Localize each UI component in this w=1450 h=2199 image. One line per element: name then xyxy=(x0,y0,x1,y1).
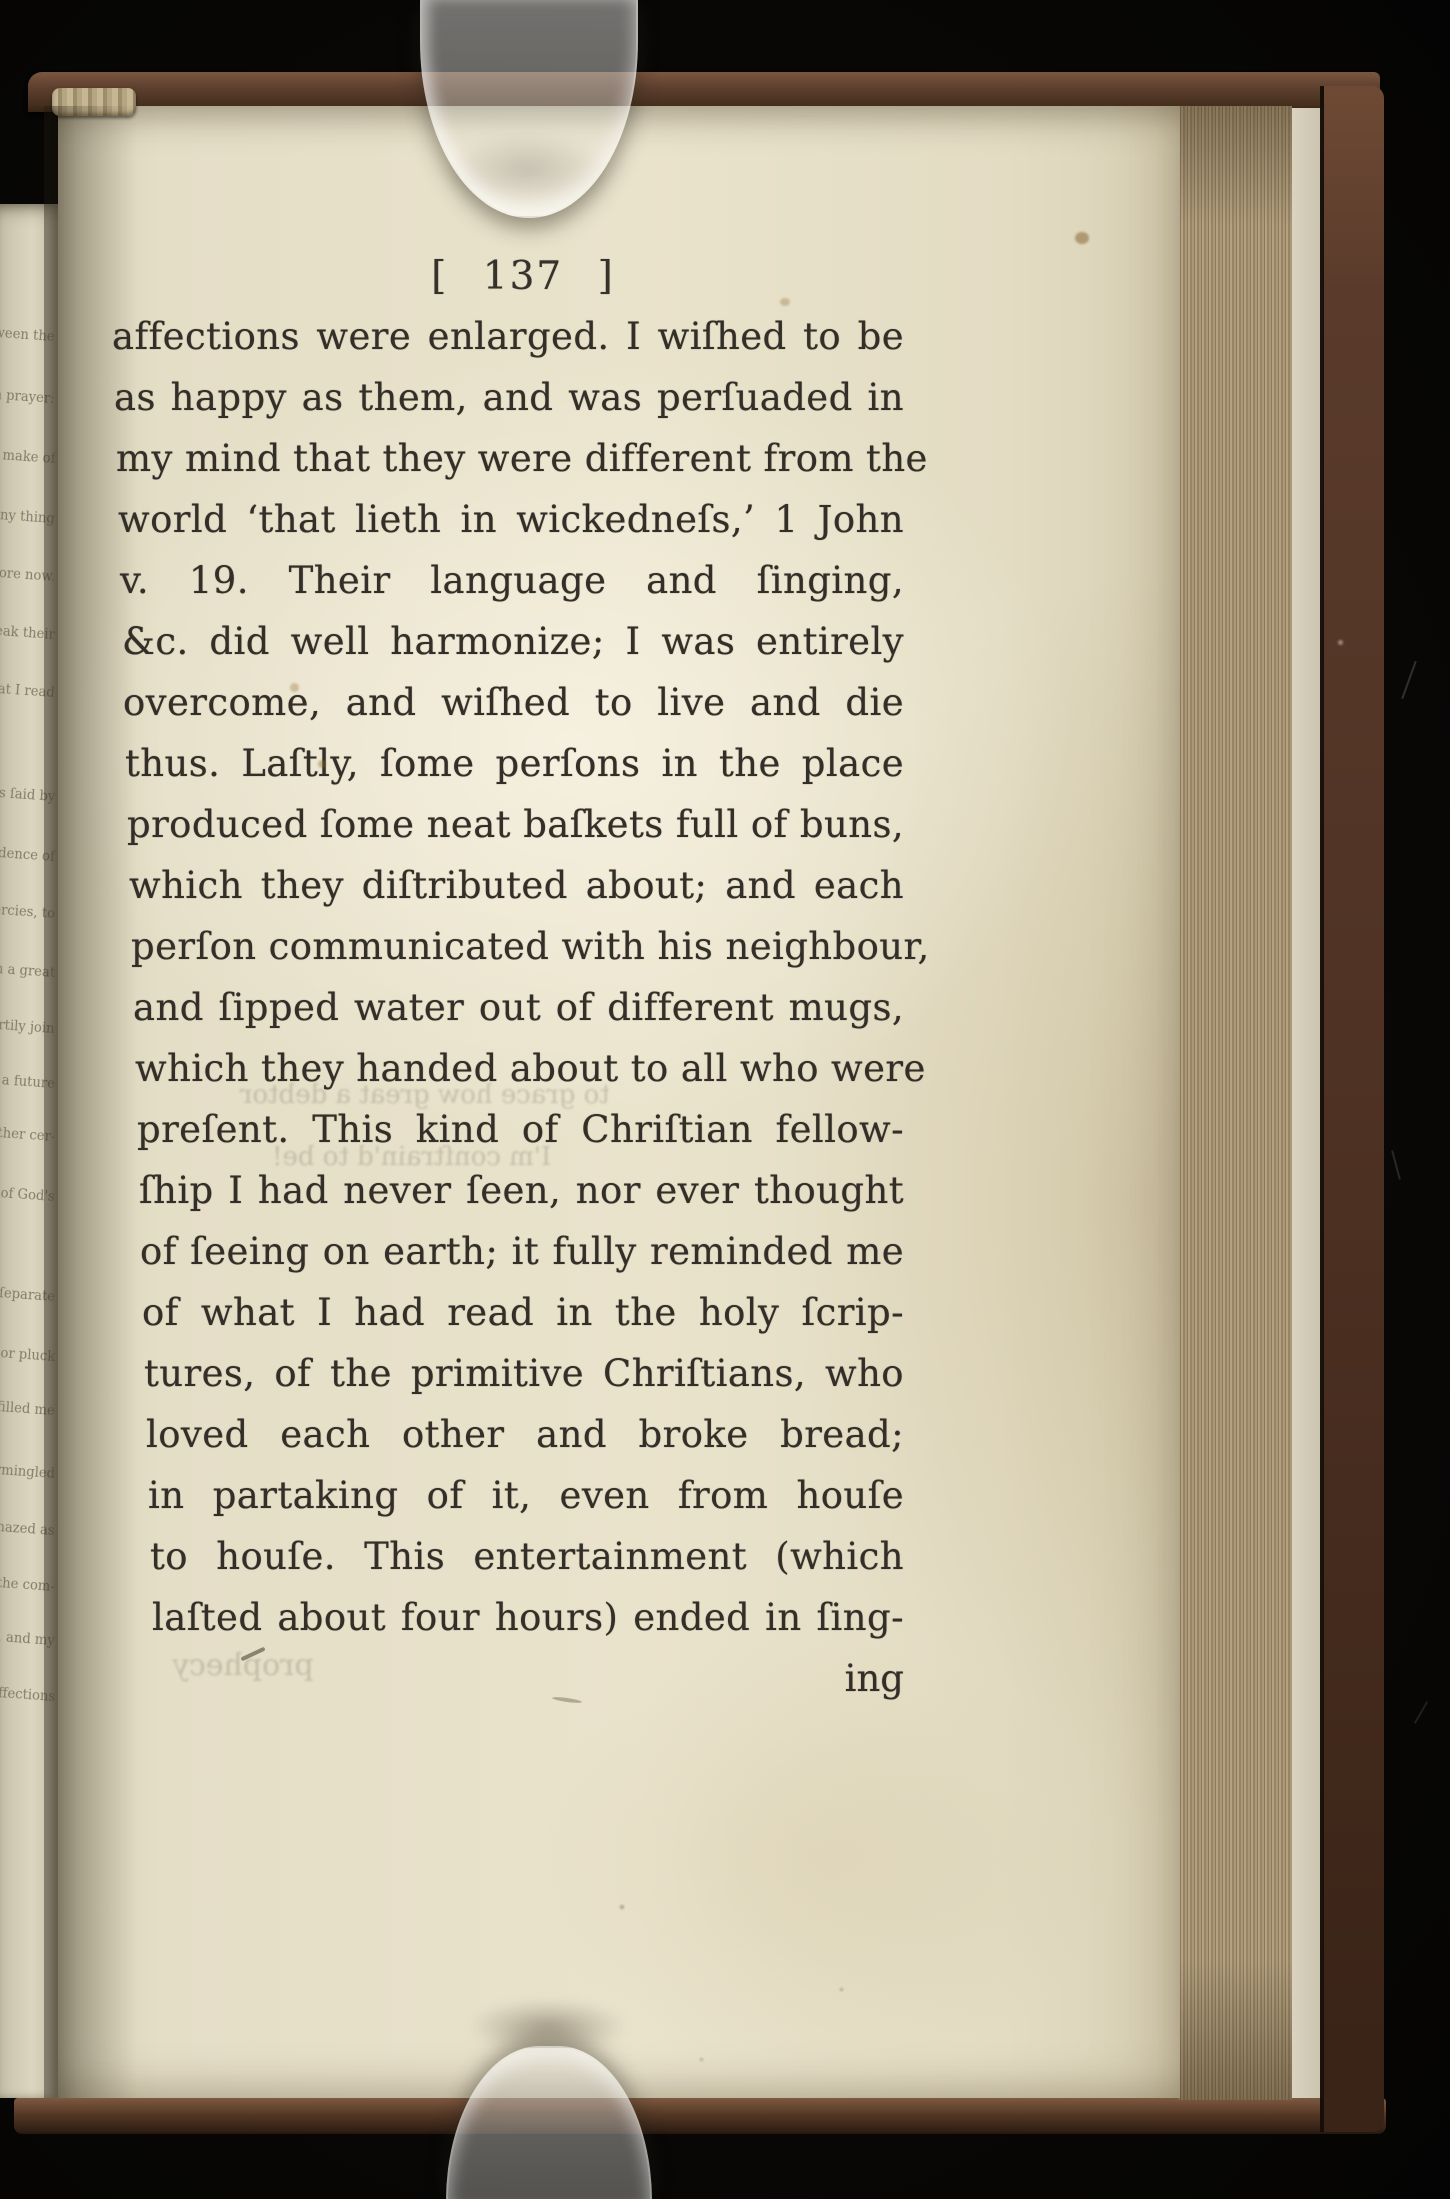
paper-stain xyxy=(318,760,326,768)
photo-canvas: tween the in prayer: make of any thing f… xyxy=(0,0,1450,2199)
text-fragment: mercies, to xyxy=(0,901,56,922)
text-fragment: ntermingled xyxy=(0,1460,56,1482)
text-line: as happy as them, and was perſuaded in xyxy=(112,367,904,428)
body-text: affections were enlarged. I wiſhed to be… xyxy=(112,306,904,1648)
paper-stain xyxy=(1075,232,1089,244)
book-cover-bottom-edge xyxy=(14,2098,1386,2134)
text-fragment: his filled me xyxy=(0,1397,56,1419)
text-line: laſted about four hours) ended in ſing- xyxy=(112,1587,904,1648)
text-fragment: was ſaid by xyxy=(0,784,56,805)
paper-speck xyxy=(620,1905,624,1909)
leather-speck xyxy=(1338,640,1343,645)
text-line: which they handed about to all who were xyxy=(112,1038,904,1099)
text-line: of what I had read in the holy ſcrip- xyxy=(112,1282,904,1343)
dust-fiber xyxy=(1401,661,1417,699)
text-fragment: ted, and my xyxy=(0,1628,56,1649)
dust-fiber xyxy=(1391,1150,1401,1179)
text-fragment: vidence of xyxy=(0,844,56,865)
text-line: thus. Laſtly, ſome perſons in the place xyxy=(112,733,904,794)
text-fragment: tween the xyxy=(0,324,56,345)
text-line: v. 19. Their language and ſinging, xyxy=(112,550,904,611)
text-line: which they diſtributed about; and each xyxy=(112,855,904,916)
text-line: loved each other and broke bread; xyxy=(112,1404,904,1465)
text-line: perſon communicated with his neighbour, xyxy=(112,916,904,977)
headband xyxy=(52,88,136,116)
text-line: to houſe. This entertainment (which xyxy=(112,1526,904,1587)
paper-speck xyxy=(840,1988,843,1991)
text-line: world ‘that lieth in wickedneſs,’ 1 John xyxy=(112,489,904,550)
paper-stain xyxy=(290,683,299,692)
text-line: produced ſome neat baſkets full of buns, xyxy=(112,794,904,855)
text-fragment: amazed as xyxy=(0,1518,56,1539)
text-fragment: affections xyxy=(0,1684,56,1704)
text-line: in partaking of it, even from houſe xyxy=(112,1465,904,1526)
text-fragment: make of xyxy=(2,447,56,467)
text-line: overcome, and wiſhed to live and die xyxy=(112,672,904,733)
page-number: [ 137 ] xyxy=(127,254,919,306)
text-fragment: ogether cer- xyxy=(0,1123,56,1145)
dust-fiber xyxy=(1414,1701,1428,1724)
text-fragment: fore now. xyxy=(0,565,56,585)
book-cover-right-board xyxy=(1320,86,1384,2132)
text-fragment: w in a great xyxy=(0,959,56,981)
text-line: and ſipped water out of different mugs, xyxy=(112,977,904,1038)
text-fragment: riſt, or pluck xyxy=(0,1343,56,1365)
text-fragment: ke of a future xyxy=(0,1070,56,1092)
text-fragment: in prayer: xyxy=(0,386,56,407)
text-fragment: hat I read xyxy=(0,680,56,701)
text-line: tures, of the primitive Chriſtians, who xyxy=(112,1343,904,1404)
paper-stain xyxy=(780,298,790,306)
flyleaf-edge xyxy=(1292,108,1323,2098)
text-fragment: ver ſeparate xyxy=(0,1283,56,1305)
catchword: ing xyxy=(112,1648,904,1709)
text-fragment: any thing xyxy=(0,507,56,527)
text-line: of ſeeing on earth; it fully reminded me xyxy=(112,1221,904,1282)
text-line: my mind that they were different from th… xyxy=(112,428,904,489)
text-line: preſent. This kind of Chriſtian fellow- xyxy=(112,1099,904,1160)
text-fragment: of the com- xyxy=(0,1574,56,1595)
paper-speck xyxy=(700,2058,703,2061)
text-fragment: heartily join xyxy=(0,1015,56,1037)
text-line: ſhip I had never ſeen, nor ever thought xyxy=(112,1160,904,1221)
text-fragment: tion of God's xyxy=(0,1183,56,1205)
page-fore-edge xyxy=(1178,106,1292,2100)
text-line: affections were enlarged. I wiſhed to be xyxy=(112,306,904,367)
text-fragment: ſpeak their xyxy=(0,622,56,643)
text-line: &c. did well harmonize; I was entirely xyxy=(112,611,904,672)
facing-page-edge: tween the in prayer: make of any thing f… xyxy=(0,204,58,2098)
